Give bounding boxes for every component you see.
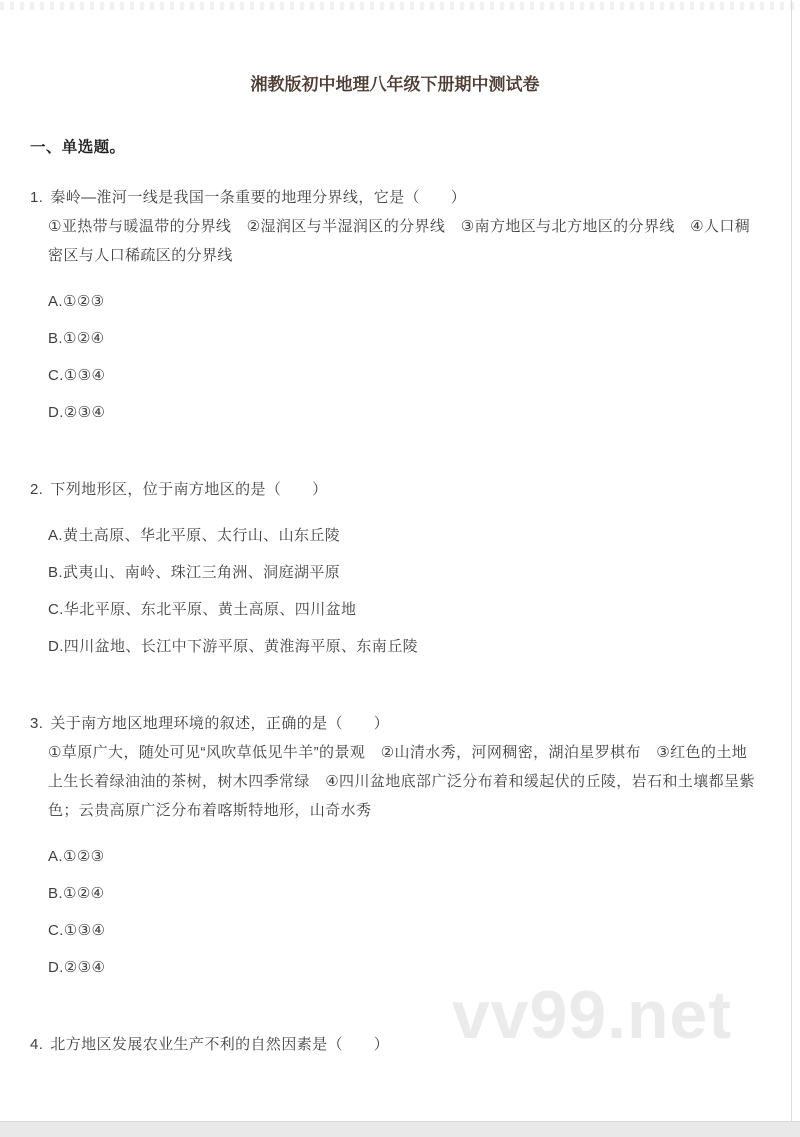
question-stem-text: 北方地区发展农业生产不利的自然因素是（ ）: [50, 1036, 389, 1053]
question-number: 1.: [30, 189, 43, 206]
option-b: B.①②④: [48, 883, 760, 904]
option-b: B.武夷山、南岭、珠江三角洲、洞庭湖平原: [48, 562, 760, 583]
question-stem-text: 关于南方地区地理环境的叙述，正确的是（ ）: [50, 715, 389, 732]
question-3: 3.关于南方地区地理环境的叙述，正确的是（ ） ①草原广大，随处可见“风吹草低见…: [30, 709, 760, 978]
document-page: vv99.net 湘教版初中地理八年级下册期中测试卷 一、单选题。 1.秦岭—淮…: [0, 0, 800, 1137]
question-number: 4.: [30, 1036, 43, 1053]
question-stem: 1.秦岭—淮河一线是我国一条重要的地理分界线，它是（ ）: [30, 183, 760, 212]
option-c: C.华北平原、东北平原、黄土高原、四川盆地: [48, 599, 760, 620]
option-d: D.②③④: [48, 402, 760, 423]
question-stem: 4.北方地区发展农业生产不利的自然因素是（ ）: [30, 1030, 760, 1059]
option-a: A.黄土高原、华北平原、太行山、山东丘陵: [48, 525, 760, 546]
option-c: C.①③④: [48, 920, 760, 941]
page-title: 湘教版初中地理八年级下册期中测试卷: [30, 70, 760, 95]
option-a: A.①②③: [48, 846, 760, 867]
question-stem: 3.关于南方地区地理环境的叙述，正确的是（ ）: [30, 709, 760, 738]
option-b: B.①②④: [48, 328, 760, 349]
question-1: 1.秦岭—淮河一线是我国一条重要的地理分界线，它是（ ） ①亚热带与暖温带的分界…: [30, 183, 760, 423]
question-number: 3.: [30, 715, 43, 732]
document-content: 湘教版初中地理八年级下册期中测试卷 一、单选题。 1.秦岭—淮河一线是我国一条重…: [0, 0, 800, 1059]
question-stem: 2.下列地形区，位于南方地区的是（ ）: [30, 475, 760, 504]
option-d: D.四川盆地、长江中下游平原、黄淮海平原、东南丘陵: [48, 636, 760, 657]
bottom-background-strip: [0, 1121, 800, 1137]
question-stem-text: 下列地形区，位于南方地区的是（ ）: [50, 481, 327, 498]
question-2: 2.下列地形区，位于南方地区的是（ ） A.黄土高原、华北平原、太行山、山东丘陵…: [30, 475, 760, 657]
option-d: D.②③④: [48, 957, 760, 978]
section-header: 一、单选题。: [30, 135, 760, 157]
question-stem-text: 秦岭—淮河一线是我国一条重要的地理分界线，它是（ ）: [50, 189, 466, 206]
question-number: 2.: [30, 481, 43, 498]
option-c: C.①③④: [48, 365, 760, 386]
options-list: A.黄土高原、华北平原、太行山、山东丘陵 B.武夷山、南岭、珠江三角洲、洞庭湖平…: [48, 525, 760, 657]
question-detail: ①亚热带与暖温带的分界线 ②湿润区与半湿润区的分界线 ③南方地区与北方地区的分界…: [48, 212, 760, 270]
question-detail: ①草原广大，随处可见“风吹草低见牛羊”的景观 ②山清水秀，河网稠密，湖泊星罗棋布…: [48, 738, 760, 825]
options-list: A.①②③ B.①②④ C.①③④ D.②③④: [48, 846, 760, 978]
question-4: 4.北方地区发展农业生产不利的自然因素是（ ）: [30, 1030, 760, 1059]
option-a: A.①②③: [48, 291, 760, 312]
options-list: A.①②③ B.①②④ C.①③④ D.②③④: [48, 291, 760, 423]
